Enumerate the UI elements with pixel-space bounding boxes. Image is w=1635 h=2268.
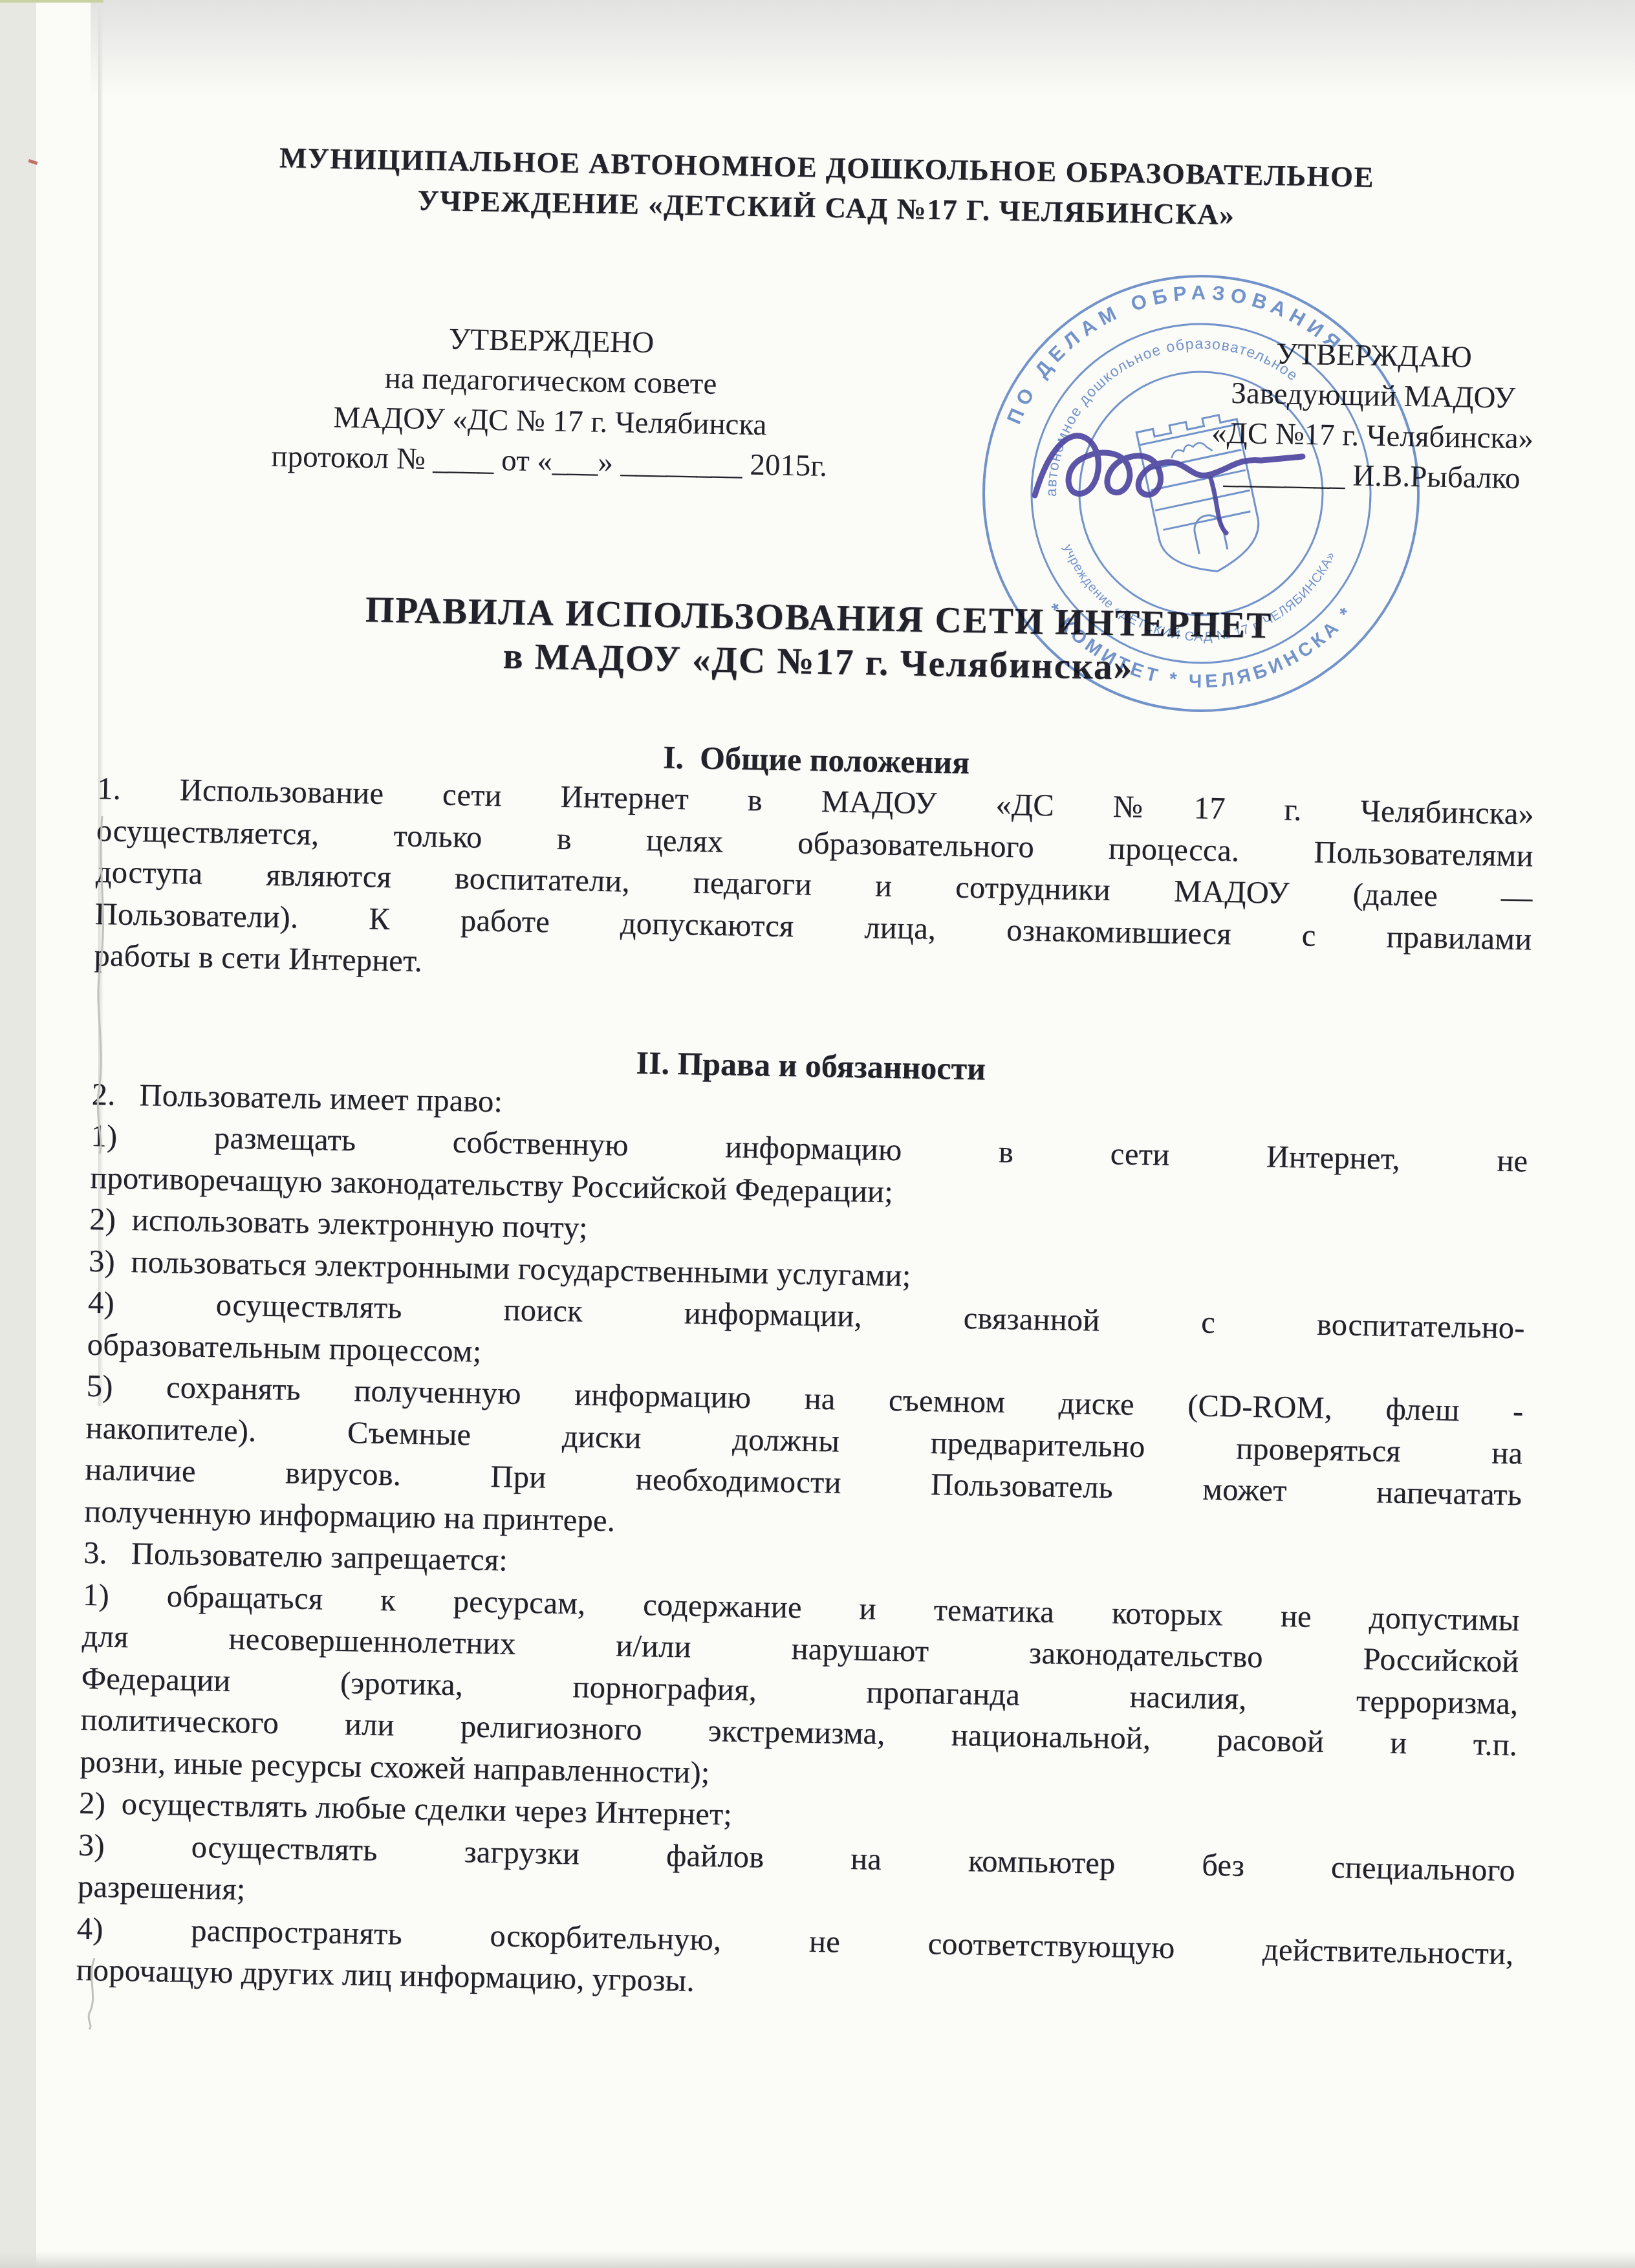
thread-artifact <box>83 816 122 1155</box>
organization-name: МУНИЦИПАЛЬНОЕ АВТОНОМНОЕ ДОШКОЛЬНОЕ ОБРА… <box>107 135 1546 241</box>
director-signature <box>1023 385 1334 541</box>
approved-on-council-block: УТВЕРЖДЕНО на педагогическом совете МАДО… <box>161 314 940 488</box>
thread-artifact <box>75 1958 109 2031</box>
scanned-document: МУНИЦИПАЛЬНОЕ АВТОНОМНОЕ ДОШКОЛЬНОЕ ОБРА… <box>0 0 1635 2268</box>
document-body: I. Общие положения1. Использование сети … <box>76 726 1535 2017</box>
page-content: МУНИЦИПАЛЬНОЕ АВТОНОМНОЕ ДОШКОЛЬНОЕ ОБРА… <box>0 0 1635 2018</box>
scan-bottom-edge <box>0 2251 1635 2268</box>
